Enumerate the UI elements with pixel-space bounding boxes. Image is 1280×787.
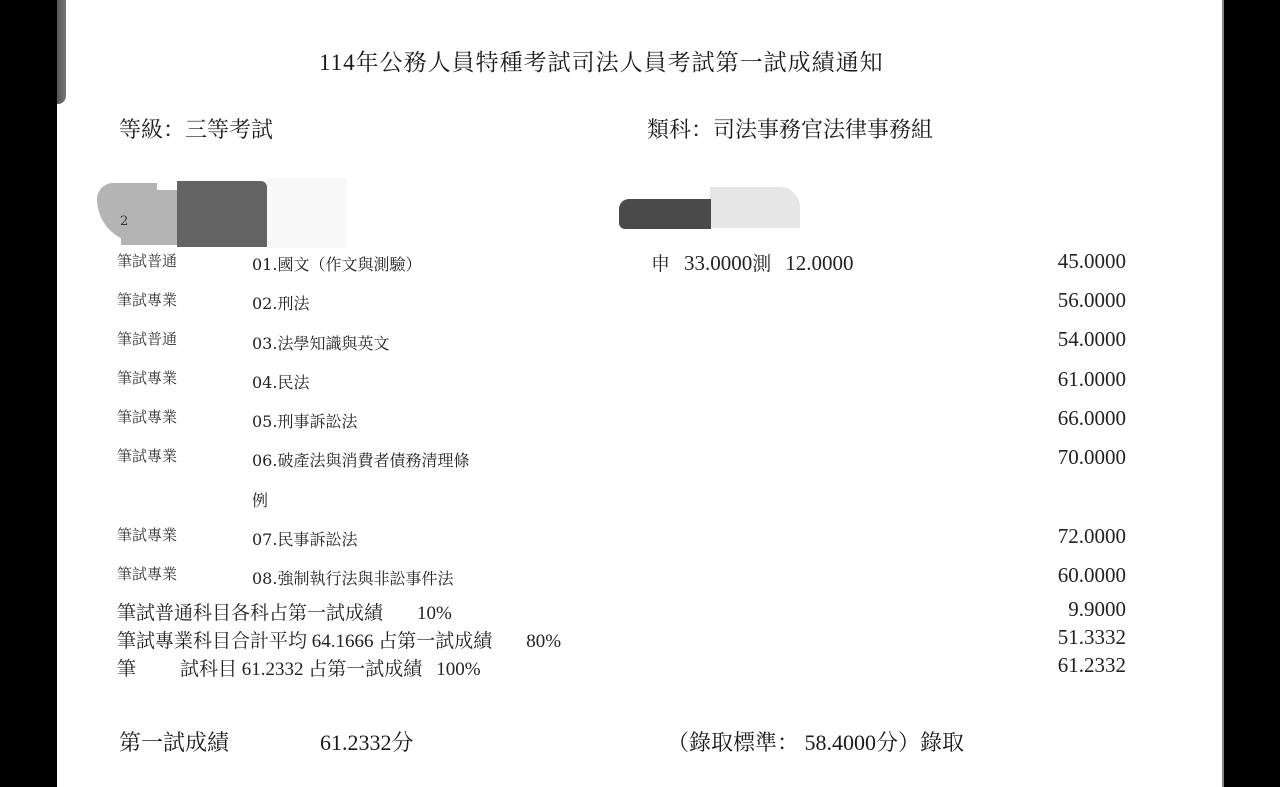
summary-value: 9.9000	[1068, 597, 1126, 622]
summary-value: 51.3332	[1058, 625, 1126, 650]
subject-type: 筆試專業	[117, 563, 177, 584]
summary-percentage: 10%	[417, 603, 452, 624]
redaction-mark	[710, 187, 800, 228]
subject-type: 筆試專業	[117, 289, 177, 310]
exam-level-value: 三等考試	[185, 117, 273, 142]
score-notice-document: 114年公務人員特種考試司法人員考試第一試成績通知 等級：三等考試 類科：司法事…	[57, 0, 1222, 787]
summary-label: 筆	[117, 659, 136, 680]
exam-category-label: 類科：	[647, 117, 713, 142]
redaction-mark	[267, 178, 347, 248]
subject-name: 04.民法	[252, 370, 309, 393]
subject-name-continued: 例	[252, 488, 268, 511]
subject-name: 05.刑事訴訟法	[252, 409, 357, 432]
document-title: 114年公務人員特種考試司法人員考試第一試成績通知	[319, 44, 884, 77]
subject-score: 66.0000	[1058, 406, 1126, 431]
subject-score-detail: 申33.0000測12.0000	[651, 249, 854, 276]
summary-percentage: 100%	[436, 659, 480, 680]
summary-text: 筆試科目 61.2332 占第一試成績100%	[117, 654, 481, 681]
redaction-mark	[121, 190, 181, 245]
summary-label: 筆試專業科目合計平均 64.1666 占第一試成績	[117, 631, 492, 652]
admission-standard-result: （錄取標準： 58.4000分）錄取	[667, 726, 964, 757]
page-edge-line	[1222, 0, 1224, 787]
subject-type: 筆試普通	[117, 250, 177, 271]
subject-name: 08.強制執行法與非訟事件法	[252, 566, 453, 589]
subject-name: 06.破產法與消費者債務清理條	[252, 448, 469, 471]
summary-label: 筆試普通科目各科占第一試成績	[117, 603, 383, 624]
final-score-value: 61.2332分	[320, 726, 414, 757]
summary-label: 試科目 61.2332 占第一試成績	[180, 659, 422, 680]
subject-name: 03.法學知識與英文	[252, 331, 389, 354]
summary-text: 筆試專業科目合計平均 64.1666 占第一試成績80%	[117, 626, 561, 653]
exam-level: 等級：三等考試	[119, 113, 273, 144]
subject-score: 72.0000	[1058, 524, 1126, 549]
page-edge-shadow	[57, 0, 66, 104]
test-score: 12.0000	[785, 251, 853, 275]
subject-type: 筆試專業	[117, 445, 177, 466]
subject-score: 60.0000	[1058, 563, 1126, 588]
exam-category: 類科：司法事務官法律事務組	[647, 113, 933, 144]
subject-type: 筆試普通	[117, 328, 177, 349]
summary-text: 筆試普通科目各科占第一試成績10%	[117, 598, 452, 625]
final-score-label: 第一試成績	[119, 726, 229, 757]
subject-type: 筆試專業	[117, 524, 177, 545]
subject-name: 01.國文（作文與測驗）	[252, 252, 421, 275]
test-label: 測	[752, 254, 771, 275]
subject-type: 筆試專業	[117, 367, 177, 388]
subject-name: 02.刑法	[252, 291, 309, 314]
essay-score: 33.0000	[684, 251, 752, 275]
subject-type: 筆試專業	[117, 406, 177, 427]
subject-score: 61.0000	[1058, 367, 1126, 392]
subject-score: 70.0000	[1058, 445, 1126, 470]
summary-value: 61.2332	[1058, 653, 1126, 678]
exam-level-label: 等級：	[119, 117, 185, 142]
viewport: 114年公務人員特種考試司法人員考試第一試成績通知 等級：三等考試 類科：司法事…	[0, 0, 1280, 787]
exam-category-value: 司法事務官法律事務組	[713, 117, 933, 142]
redaction-mark	[177, 181, 267, 247]
summary-percentage: 80%	[526, 631, 561, 652]
redaction-mark	[619, 199, 711, 229]
essay-label: 申	[651, 254, 670, 275]
subject-score: 56.0000	[1058, 288, 1126, 313]
subject-score: 54.0000	[1058, 327, 1126, 352]
subject-score: 45.0000	[1058, 249, 1126, 274]
redacted-text-fragment: 2	[120, 214, 128, 229]
subject-name: 07.民事訴訟法	[252, 527, 357, 550]
